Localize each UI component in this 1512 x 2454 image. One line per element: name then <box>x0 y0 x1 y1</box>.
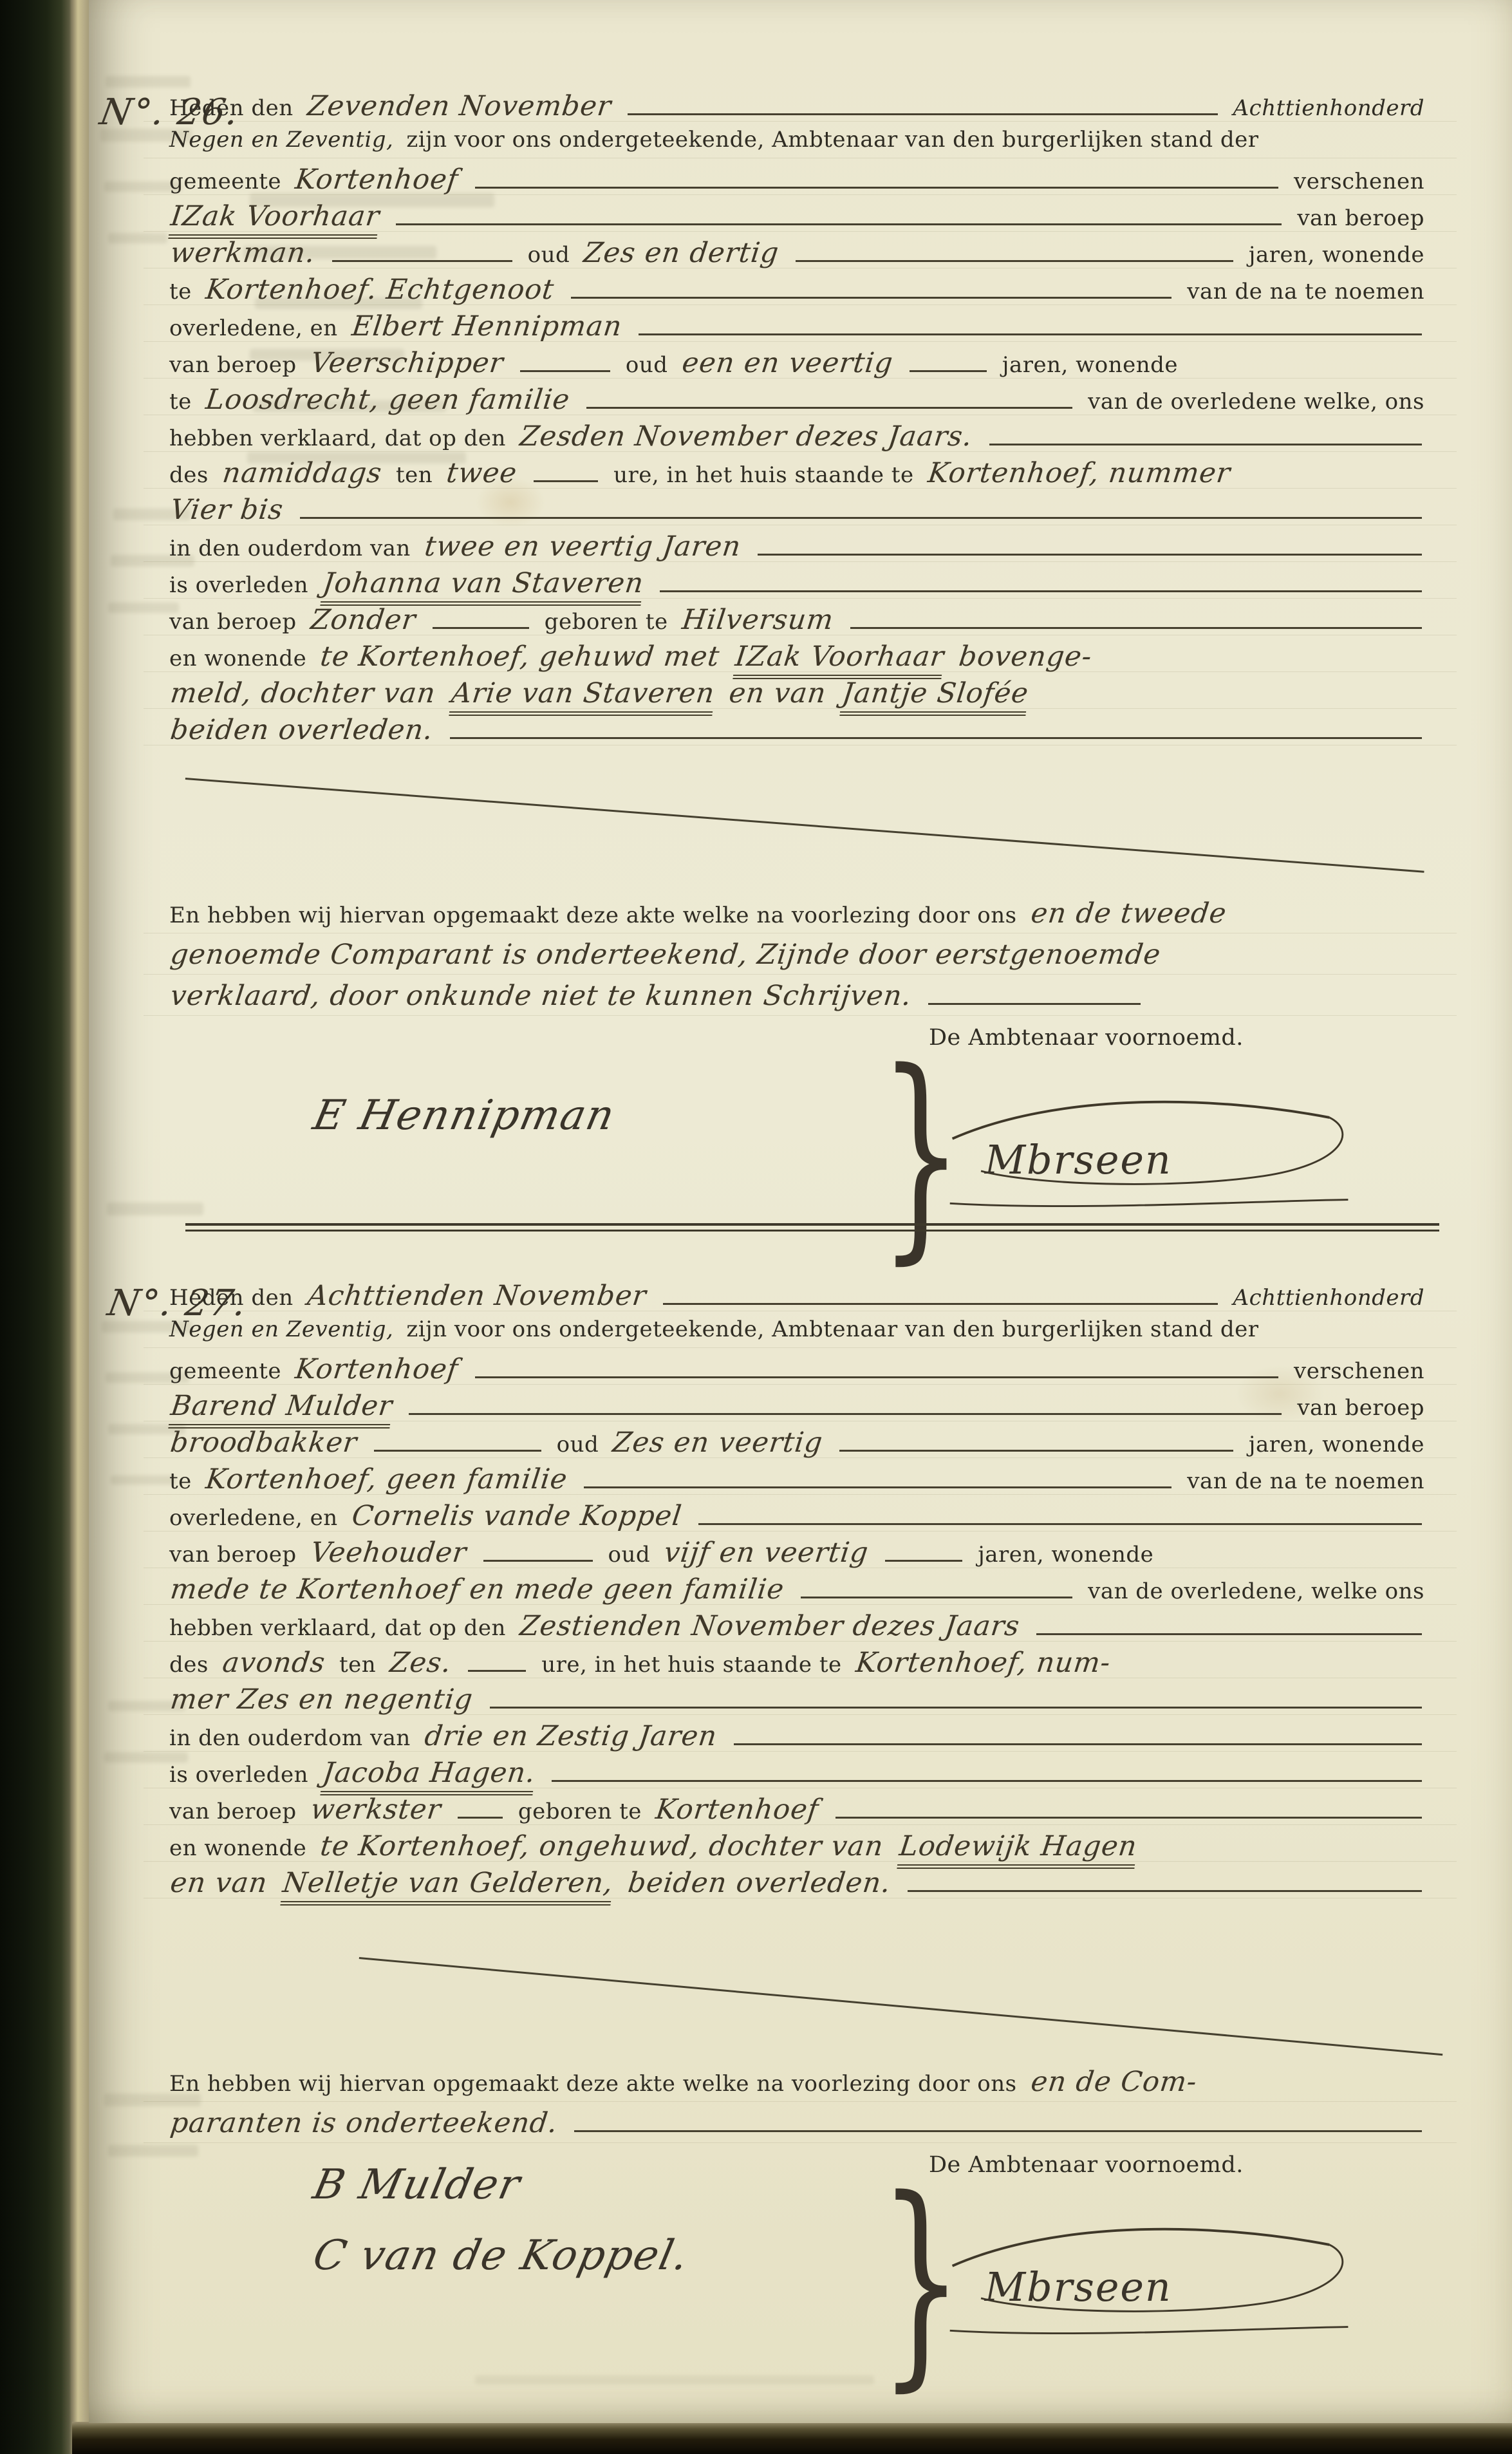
printed-label: jaren, wonende <box>1249 242 1424 268</box>
printed-label: gemeente <box>169 1358 281 1384</box>
printed-label: hebben verklaard, dat op den <box>169 1615 506 1641</box>
handwritten-entry: IZak Voorhaar <box>733 641 946 679</box>
handwritten-entry: Barend Mulder <box>168 1390 395 1428</box>
form-line: Barend Muldervan beroep <box>163 1390 1431 1427</box>
printed-label: te <box>169 279 192 304</box>
printed-label: des <box>169 1652 209 1678</box>
blank-fill-line <box>801 1595 1072 1598</box>
printed-label: van beroep <box>169 609 297 635</box>
brace-mark: } <box>879 1018 927 1289</box>
handwritten-entry: genoemde Comparant is onderteekend, Zijn… <box>169 939 1162 971</box>
printed-label: Heden den <box>169 95 294 121</box>
handwritten-entry: meld, dochter van <box>169 677 438 709</box>
form-line: van beroepZondergeboren teHilversum <box>163 604 1431 641</box>
record-body: Heden denAchttienden NovemberAchttienhon… <box>163 1280 1431 1904</box>
printed-label: zijn voor ons ondergeteekende, Ambtenaar… <box>406 1316 1258 1342</box>
blank-fill-line <box>552 1778 1422 1782</box>
handwritten-entry: Zesden November dezes Jaars. <box>518 420 975 453</box>
register-scan: { "colors": { "paper": "#ece8d2", "ink":… <box>0 0 1512 2454</box>
book-binding <box>0 0 72 2454</box>
printed-label: gemeente <box>169 169 281 194</box>
bleed-through-mark <box>106 76 191 88</box>
record-body: Heden denZevenden NovemberAchttienhonder… <box>163 90 1431 751</box>
handwritten-entry: Zevenden November <box>306 90 613 122</box>
blank-fill-line <box>885 1558 962 1562</box>
blank-fill-line <box>396 221 1282 225</box>
blank-fill-line <box>850 625 1422 629</box>
printed-label: van beroep <box>169 352 297 378</box>
printed-label: van de overledene welke, ons <box>1088 389 1424 415</box>
form-line: gemeenteKortenhoefverschenen <box>163 164 1431 200</box>
blank-fill-line <box>910 368 987 372</box>
closing-statement: En hebben wij hiervan opgemaakt deze akt… <box>163 897 1431 1021</box>
handwritten-entry: Zes en dertig <box>582 237 781 269</box>
official-signature: Mbrseen <box>944 1079 1356 1228</box>
death-record-26: Heden denZevenden NovemberAchttienhonder… <box>163 90 1431 1282</box>
form-line: teKortenhoef. Echtgenootvan de na te noe… <box>163 274 1431 310</box>
printed-label: geboren te <box>518 1799 642 1824</box>
form-line: is overledenJohanna van Staveren <box>163 567 1431 604</box>
handwritten-entry: Hilversum <box>680 604 835 636</box>
printed-label: van de overledene, welke ons <box>1088 1578 1424 1604</box>
declarant-signatures: B MulderC van de Koppel. <box>163 2148 864 2303</box>
printed-label: jaren, wonende <box>1002 352 1178 378</box>
svg-text:Mbrseen: Mbrseen <box>984 1137 1172 1183</box>
printed-label: te <box>169 1468 192 1494</box>
handwritten-entry: Kortenhoef. Echtgenoot <box>204 274 556 306</box>
form-line: desnamiddagstentweeure, in het huis staa… <box>163 457 1431 494</box>
blank-fill-line <box>908 1888 1422 1892</box>
printed-label: zijn voor ons ondergeteekende, Ambtenaar… <box>406 127 1258 153</box>
printed-label: En hebben wij hiervan opgemaakt deze akt… <box>169 2071 1017 2097</box>
handwritten-entry: Lodewijk Hagen <box>897 1830 1139 1869</box>
svg-text:Mbrseen: Mbrseen <box>984 2264 1172 2310</box>
blank-fill-line <box>475 185 1278 189</box>
form-line: teKortenhoef, geen familievan de na te n… <box>163 1463 1431 1500</box>
handwritten-entry: werkman. <box>169 237 317 269</box>
handwritten-entry: werkster <box>309 1794 443 1826</box>
declarant-signature: B Mulder <box>309 2161 870 2209</box>
blank-fill-line <box>663 1301 1218 1305</box>
printed-label: En hebben wij hiervan opgemaakt deze akt… <box>169 903 1017 928</box>
printed-label: oud <box>626 352 668 378</box>
form-line: hebben verklaard, dat op denZestienden N… <box>163 1610 1431 1647</box>
handwritten-entry: Zes en veertig <box>611 1427 825 1459</box>
declarant-signature: E Hennipman <box>309 1092 870 1139</box>
printed-label: van beroep <box>1297 1395 1424 1421</box>
handwritten-entry: Nelletje van Gelderen, <box>281 1867 615 1906</box>
handwritten-entry: broodbakker <box>169 1427 359 1459</box>
printed-label: des <box>169 462 209 488</box>
bleed-through-mark <box>108 233 167 243</box>
blank-fill-line <box>989 442 1423 445</box>
form-line: en wonendete Kortenhoef, ongehuwd, docht… <box>163 1830 1431 1867</box>
handwritten-entry: en de tweede <box>1029 897 1228 930</box>
printed-label: ure, in het huis staande te <box>541 1652 841 1678</box>
blank-fill-line <box>468 1668 526 1672</box>
printed-label: ure, in het huis staande te <box>613 462 913 488</box>
blank-fill-line <box>483 1558 593 1562</box>
signature-block: B MulderC van de Koppel. De Ambtenaar vo… <box>163 2148 1431 2410</box>
printed-label: overledene, en <box>169 1505 338 1531</box>
handwritten-entry: Elbert Hennipman <box>350 310 624 342</box>
official-signature-area: De Ambtenaar voornoemd. } Mbrseen <box>864 1021 1431 1282</box>
printed-label: is overleden <box>169 1762 308 1788</box>
handwritten-entry: twee <box>445 457 519 489</box>
blank-fill-line <box>928 1001 1141 1005</box>
handwritten-entry: Zonder <box>309 604 418 636</box>
printed-label: van de na te noemen <box>1187 279 1424 304</box>
form-line: broodbakkeroudZes en veertigjaren, wonen… <box>163 1427 1431 1463</box>
printed-label: en wonende <box>169 1835 306 1861</box>
blank-fill-line <box>409 1411 1282 1415</box>
form-line: IZak Voorhaarvan beroep <box>163 200 1431 237</box>
form-line: teLoosdrecht, geen familievan de overled… <box>163 384 1431 420</box>
handwritten-entry: een en veertig <box>680 347 895 379</box>
blank-fill-line <box>758 552 1422 556</box>
printed-label: hebben verklaard, dat op den <box>169 426 506 451</box>
handwritten-entry: Veerschipper <box>309 347 505 379</box>
closing-statement: En hebben wij hiervan opgemaakt deze akt… <box>163 2066 1431 2148</box>
printed-label: Achttienhonderd <box>1233 1285 1424 1311</box>
page-stack-edge <box>72 0 89 2454</box>
printed-label: jaren, wonende <box>978 1542 1153 1568</box>
form-line: En hebben wij hiervan opgemaakt deze akt… <box>163 897 1431 939</box>
handwritten-entry: IZak Voorhaar <box>168 200 382 239</box>
printed-label: ten <box>339 1652 376 1678</box>
printed-label: geboren te <box>545 609 668 635</box>
handwritten-entry: beiden overleden. <box>169 714 435 746</box>
handwritten-entry: Veehouder <box>309 1537 469 1569</box>
printed-label: te <box>169 389 192 415</box>
printed-label: jaren, wonende <box>1249 1432 1424 1457</box>
handwritten-entry: Achttienden November <box>306 1280 648 1312</box>
printed-label: verschenen <box>1294 169 1424 194</box>
form-line: mede te Kortenhoef en mede geen familiev… <box>163 1573 1431 1610</box>
handwritten-entry: Kortenhoef, num- <box>854 1647 1112 1679</box>
blank-fill-line <box>1036 1631 1422 1635</box>
declarant-signature: C van de Koppel. <box>309 2232 870 2280</box>
blank-fill-line <box>332 258 512 262</box>
printed-label: in den ouderdom van <box>169 536 411 561</box>
blank-fill-line <box>639 332 1422 335</box>
printed-label: Heden den <box>169 1285 294 1311</box>
form-line: en vanNelletje van Gelderen,beiden overl… <box>163 1867 1431 1904</box>
blank-fill-line <box>734 1741 1422 1745</box>
form-line: genoemde Comparant is onderteekend, Zijn… <box>163 939 1431 980</box>
form-line: overledene, enCornelis vande Koppel <box>163 1500 1431 1537</box>
blank-fill-line <box>839 1448 1233 1452</box>
printed-label: oud <box>608 1542 651 1568</box>
handwritten-entry: Loosdrecht, geen familie <box>204 384 572 416</box>
printed-label: oud <box>528 242 570 268</box>
form-line: gemeenteKortenhoefverschenen <box>163 1353 1431 1390</box>
handwritten-entry: vijf en veertig <box>662 1537 870 1569</box>
handwritten-entry: en van <box>727 677 828 709</box>
printed-label: Negen en Zeventig, <box>169 127 393 153</box>
blank-fill-line <box>574 2128 1422 2132</box>
handwritten-entry: en van <box>169 1867 270 1899</box>
handwritten-entry: te Kortenhoef, gehuwd met <box>319 641 722 673</box>
form-line: verklaard, door onkunde niet te kunnen S… <box>163 980 1431 1021</box>
form-line: meld, dochter vanArie van Staverenen van… <box>163 677 1431 714</box>
handwritten-entry: mer Zes en negentig <box>169 1683 475 1716</box>
blank-fill-line <box>450 735 1422 739</box>
form-line: van beroepVeerschipperoudeen en veertigj… <box>163 347 1431 384</box>
handwritten-entry: Kortenhoef <box>294 164 460 196</box>
form-line: overledene, enElbert Hennipman <box>163 310 1431 347</box>
handwritten-entry: bovenge- <box>957 641 1094 673</box>
blank-fill-line <box>584 1485 1171 1488</box>
printed-label: overledene, en <box>169 315 338 341</box>
handwritten-entry: Zestienden November dezes Jaars <box>518 1610 1022 1642</box>
form-line: werkman.oudZes en dertigjaren, wonende <box>163 237 1431 274</box>
handwritten-entry: namiddags <box>221 457 384 489</box>
form-line: van beroepVeehouderoudvijf en veertigjar… <box>163 1537 1431 1573</box>
handwritten-entry: paranten is onderteekend. <box>169 2107 559 2139</box>
handwritten-entry: te Kortenhoef, ongehuwd, dochter van <box>319 1830 885 1862</box>
form-line: Negen en Zeventig,zijn voor ons onderget… <box>163 127 1431 164</box>
handwritten-entry: Cornelis vande Koppel <box>350 1500 684 1532</box>
form-line: in den ouderdom vandrie en Zestig Jaren <box>163 1720 1431 1757</box>
form-line: Heden denZevenden NovemberAchttienhonder… <box>163 90 1431 127</box>
official-signature: Mbrseen <box>944 2206 1356 2356</box>
handwritten-entry: Kortenhoef <box>294 1353 460 1385</box>
handwritten-entry: Kortenhoef, geen familie <box>204 1463 570 1495</box>
handwritten-entry: Johanna van Staveren <box>320 567 646 606</box>
blank-fill-line <box>475 1374 1278 1378</box>
handwritten-entry: Zes. <box>388 1647 453 1679</box>
form-line: desavondstenZes.ure, in het huis staande… <box>163 1647 1431 1683</box>
declarant-signatures: E Hennipman <box>163 1021 864 1163</box>
blank-fill-line <box>520 368 610 372</box>
blank-fill-line <box>534 478 598 482</box>
blank-fill-line <box>628 111 1217 115</box>
form-line: en wonendete Kortenhoef, gehuwd metIZak … <box>163 641 1431 677</box>
blank-fill-line <box>796 258 1233 262</box>
form-line: hebben verklaard, dat op denZesden Novem… <box>163 420 1431 457</box>
printed-label: van beroep <box>1297 205 1424 231</box>
form-line: mer Zes en negentig <box>163 1683 1431 1720</box>
blank-fill-line <box>374 1448 541 1452</box>
printed-label: van de na te noemen <box>1187 1468 1424 1494</box>
blank-fill-line <box>490 1705 1422 1709</box>
blank-fill-line <box>835 1815 1422 1819</box>
handwritten-entry: Arie van Staveren <box>449 677 716 716</box>
handwritten-entry: mede te Kortenhoef en mede geen familie <box>169 1573 786 1606</box>
printed-label: oud <box>557 1432 599 1457</box>
printed-label: ten <box>396 462 433 488</box>
handwritten-entry: Jantje Slofée <box>839 677 1031 716</box>
printed-label: en wonende <box>169 646 306 671</box>
blank-fill-line <box>300 515 1422 519</box>
printed-label: Achttienhonderd <box>1233 95 1424 121</box>
blank-fill-line <box>586 405 1072 409</box>
official-signature-area: De Ambtenaar voornoemd. } Mbrseen <box>864 2148 1431 2410</box>
record-separator-rule <box>185 1223 1439 1232</box>
printed-label: verschenen <box>1294 1358 1424 1384</box>
printed-label: in den ouderdom van <box>169 1725 411 1751</box>
printed-label: van beroep <box>169 1542 297 1568</box>
blank-fill-line <box>458 1815 503 1819</box>
signature-block: E Hennipman De Ambtenaar voornoemd. } Mb… <box>163 1021 1431 1282</box>
handwritten-entry: verklaard, door onkunde niet te kunnen S… <box>169 980 913 1012</box>
handwritten-entry: Vier bis <box>169 494 285 526</box>
handwritten-entry: beiden overleden. <box>626 1867 893 1899</box>
form-line: beiden overleden. <box>163 714 1431 751</box>
printed-label: van beroep <box>169 1799 297 1824</box>
blank-fill-line <box>698 1521 1422 1525</box>
form-line: Vier bis <box>163 494 1431 530</box>
handwritten-entry: twee en veertig Jaren <box>423 530 743 563</box>
form-line: En hebben wij hiervan opgemaakt deze akt… <box>163 2066 1431 2107</box>
handwritten-entry: en de Com- <box>1029 2066 1199 2098</box>
blank-fill-line <box>571 295 1172 299</box>
form-line: Heden denAchttienden NovemberAchttienhon… <box>163 1280 1431 1316</box>
form-line: is overledenJacoba Hagen. <box>163 1757 1431 1794</box>
blank-fill-line <box>660 588 1422 592</box>
form-line: paranten is onderteekend. <box>163 2107 1431 2148</box>
death-record-27: Heden denAchttienden NovemberAchttienhon… <box>163 1280 1431 2410</box>
page-bottom-edge <box>72 2422 1512 2454</box>
printed-label: Negen en Zeventig, <box>169 1316 393 1342</box>
form-line: in den ouderdom vantwee en veertig Jaren <box>163 530 1431 567</box>
register-page: N°. 26. N°. 27. Heden denZevenden Novemb… <box>89 0 1512 2423</box>
blank-fill-line <box>433 625 529 629</box>
handwritten-entry: Kortenhoef, nummer <box>926 457 1233 489</box>
brace-mark: } <box>879 2146 927 2416</box>
handwritten-entry: avonds <box>221 1647 327 1679</box>
form-line: van beroepwerkstergeboren teKortenhoef <box>163 1794 1431 1830</box>
form-line: Negen en Zeventig,zijn voor ons onderget… <box>163 1316 1431 1353</box>
printed-label: is overleden <box>169 572 308 598</box>
handwritten-entry: Jacoba Hagen. <box>320 1757 537 1795</box>
handwritten-entry: Kortenhoef <box>654 1794 821 1826</box>
handwritten-entry: drie en Zestig Jaren <box>423 1720 719 1752</box>
